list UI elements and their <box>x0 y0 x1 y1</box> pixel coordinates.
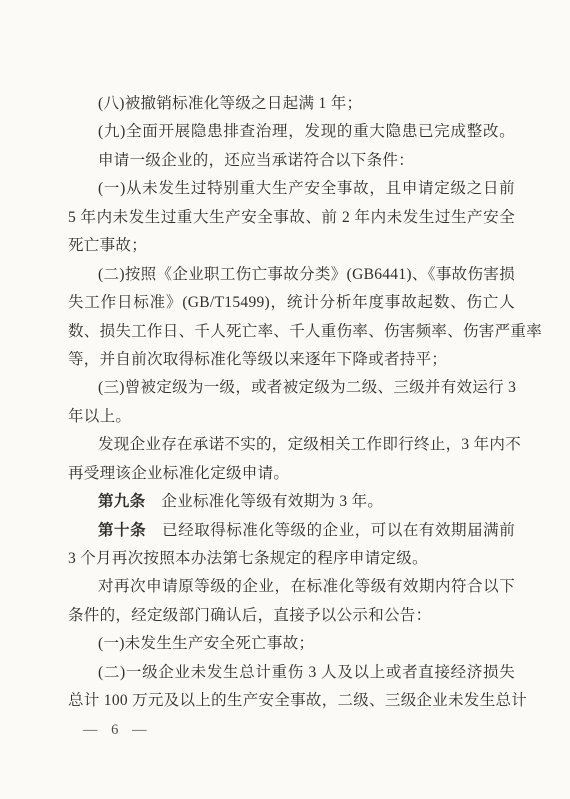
text-line: 对再次申请原等级的企业，在标准化等级有效期内符合以下 <box>68 573 515 601</box>
text-line: 等，并自前次取得标准化等级以来逐年下降或者持平； <box>68 346 515 374</box>
text-line: 3 个月再次按照本办法第七条规定的程序申请定级。 <box>68 545 515 573</box>
text-line: 5 年内未发生过重大生产安全事故、前 2 年内未发生过生产安全 <box>68 204 515 232</box>
text-line: 条件的，经定级部门确认后，直接予以公示和公告： <box>68 602 515 630</box>
text-line: 年以上。 <box>68 403 515 431</box>
text-line: 死亡事故； <box>68 232 515 260</box>
page-number: — 6 — <box>83 722 152 739</box>
text-line: 失工作日标准》(GB/T15499)，统计分析年度事故起数、伤亡人 <box>68 289 515 317</box>
document-body: (八)被撤销标准化等级之日起满 1 年； (九)全面开展隐患排查治理，发现的重大… <box>68 90 515 716</box>
text-line: 再受理该企业标准化定级申请。 <box>68 460 515 488</box>
article-text: 企业标准化等级有效期为 3 年。 <box>161 493 383 510</box>
text-line: (八)被撤销标准化等级之日起满 1 年； <box>68 90 515 118</box>
text-line: 发现企业存在承诺不实的，定级相关工作即行终止，3 年内不 <box>68 431 515 459</box>
text-line: (二)一级企业未发生总计重伤 3 人及以上或者直接经济损失 <box>68 659 515 687</box>
article-number: 第九条 <box>98 493 145 510</box>
text-line: (一)从未发生过特别重大生产安全事故，且申请定级之日前 <box>68 175 515 203</box>
text-line: (一)未发生生产安全死亡事故； <box>68 630 515 658</box>
text-line: (三)曾被定级为一级，或者被定级为二级、三级并有效运行 3 <box>68 374 515 402</box>
text-line: 数、损失工作日、千人死亡率、千人重伤率、伤害频率、伤害严重率 <box>68 318 515 346</box>
text-line: 第十条已经取得标准化等级的企业，可以在有效期届满前 <box>68 517 515 545</box>
text-line: (九)全面开展隐患排查治理，发现的重大隐患已完成整改。 <box>68 118 515 146</box>
text-line: (二)按照《企业职工伤亡事故分类》(GB6441)、《事故伤害损 <box>68 261 515 289</box>
article-number: 第十条 <box>98 522 146 539</box>
article-text: 已经取得标准化等级的企业，可以在有效期届满前 <box>162 522 515 539</box>
text-line: 申请一级企业的，还应当承诺符合以下条件： <box>68 147 515 175</box>
text-line: 第九条企业标准化等级有效期为 3 年。 <box>68 488 515 516</box>
document-page: (八)被撤销标准化等级之日起满 1 年； (九)全面开展隐患排查治理，发现的重大… <box>0 0 570 799</box>
text-line: 总计 100 万元及以上的生产安全事故，二级、三级企业未发生总计 <box>68 687 515 715</box>
